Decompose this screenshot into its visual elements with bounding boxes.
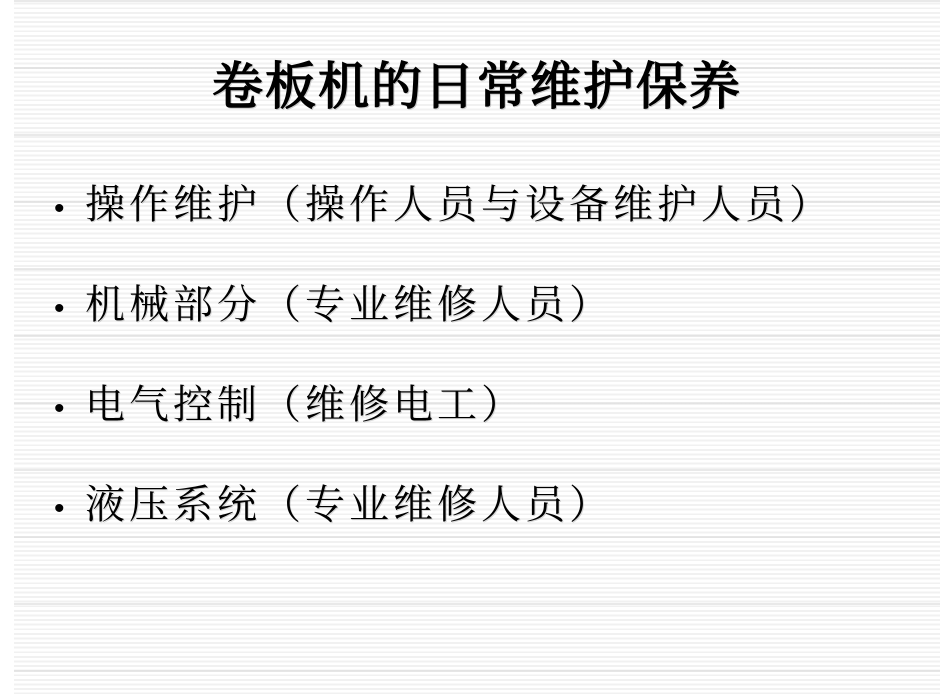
bullet-text: 液压系统（专业维修人员） [85,484,613,525]
bullet-item-mechanical-parts: • 机械部分（专业维修人员） [54,284,920,329]
bullet-dot-icon: • [54,288,85,329]
bullet-text: 操作维护（操作人员与设备维护人员） [85,184,833,225]
bullet-dot-icon: • [54,188,85,229]
presentation-page: 卷板机的日常维护保养 • 操作维护（操作人员与设备维护人员） • 机械部分（专业… [0,0,940,694]
bullet-text: 机械部分（专业维修人员） [85,284,613,325]
bullet-text: 电气控制（维修电工） [85,384,525,425]
bullet-item-operation-maintenance: • 操作维护（操作人员与设备维护人员） [54,184,920,229]
bullet-list: • 操作维护（操作人员与设备维护人员） • 机械部分（专业维修人员） • 电气控… [54,184,920,584]
bullet-dot-icon: • [54,388,85,429]
slide-canvas: 卷板机的日常维护保养 • 操作维护（操作人员与设备维护人员） • 机械部分（专业… [14,0,940,694]
bullet-item-hydraulic-system: • 液压系统（专业维修人员） [54,484,920,529]
bullet-dot-icon: • [54,488,85,529]
bullet-item-electrical-control: • 电气控制（维修电工） [54,384,920,429]
slide-title: 卷板机的日常维护保养 [14,56,940,117]
